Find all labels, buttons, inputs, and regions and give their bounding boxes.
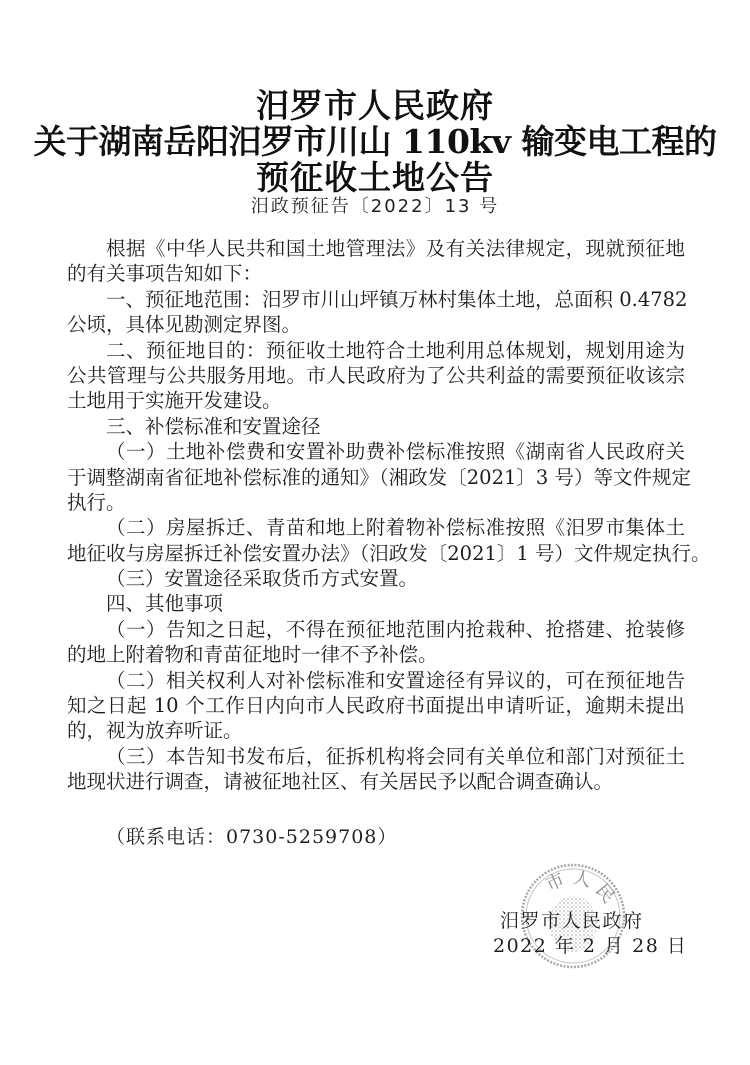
body-line: 公共管理与公共服务用地。市人民政府为了公共利益的需要预征收该宗: [67, 363, 685, 388]
body-line: 执行。: [67, 490, 685, 515]
body-line: （二）房屋拆迁、青苗和地上附着物补偿标准按照《汨罗市集体土: [67, 515, 685, 540]
body-line: 的地上附着物和青苗征地时一律不予补偿。: [67, 642, 685, 667]
body-line: （二）相关权利人对补偿标准和安置途径有异议的，可在预征地告: [67, 668, 685, 693]
body-line: 的，视为放弃听证。: [67, 718, 685, 743]
body-line: 土地用于实施开发建设。: [67, 388, 685, 413]
body-line: 知之日起 10 个工作日内向市人民政府书面提出申请听证，逾期未提出: [67, 693, 685, 718]
signature-date: 2022 年 2 月 28 日: [493, 931, 687, 958]
body-line: 一、预征地范围：汨罗市川山坪镇万林村集体土地，总面积 0.4782: [67, 287, 685, 312]
contact-phone: （联系电话：0730-5259708）: [106, 822, 397, 849]
body-line: 根据《中华人民共和国土地管理法》及有关法律规定，现就预征地: [67, 236, 685, 261]
body-line: 二、预征地目的：预征收土地符合土地利用总体规划，规划用途为: [67, 338, 685, 363]
body-line: 地征收与房屋拆迁补偿安置办法》（汨政发〔2021〕1 号）文件规定执行。: [67, 541, 685, 566]
body-line: 公顷，具体见勘测定界图。: [67, 312, 685, 337]
section-heading: 四、其他事项: [67, 591, 685, 616]
document-page: 汨罗市人民政府 关于湖南岳阳汨罗市川山 110kv 输变电工程的 预征收土地公告…: [0, 0, 750, 1065]
body-line: （一）告知之日起，不得在预征地范围内抢栽种、抢搭建、抢装修: [67, 617, 685, 642]
document-body: 根据《中华人民共和国土地管理法》及有关法律规定，现就预征地 的有关事项告知如下：…: [67, 236, 685, 795]
body-line: （一）土地补偿费和安置补助费补偿标准按照《湖南省人民政府关: [67, 439, 685, 464]
signature-organization: 汨罗市人民政府: [500, 906, 644, 933]
body-line: （三）本告知书发布后，征拆机构将会同有关单位和部门对预征土: [67, 744, 685, 769]
document-number: 汨政预征告〔2022〕13 号: [0, 192, 750, 218]
body-line: 于调整湖南省征地补偿标准的通知》（湘政发〔2021〕3 号）等文件规定: [67, 465, 685, 490]
body-line: （三）安置途径采取货币方式安置。: [67, 566, 685, 591]
body-line: 地现状进行调查，请被征地社区、有关居民予以配合调查确认。: [67, 769, 685, 794]
body-line: 的有关事项告知如下：: [67, 261, 685, 286]
section-heading: 三、补偿标准和安置途径: [67, 414, 685, 439]
